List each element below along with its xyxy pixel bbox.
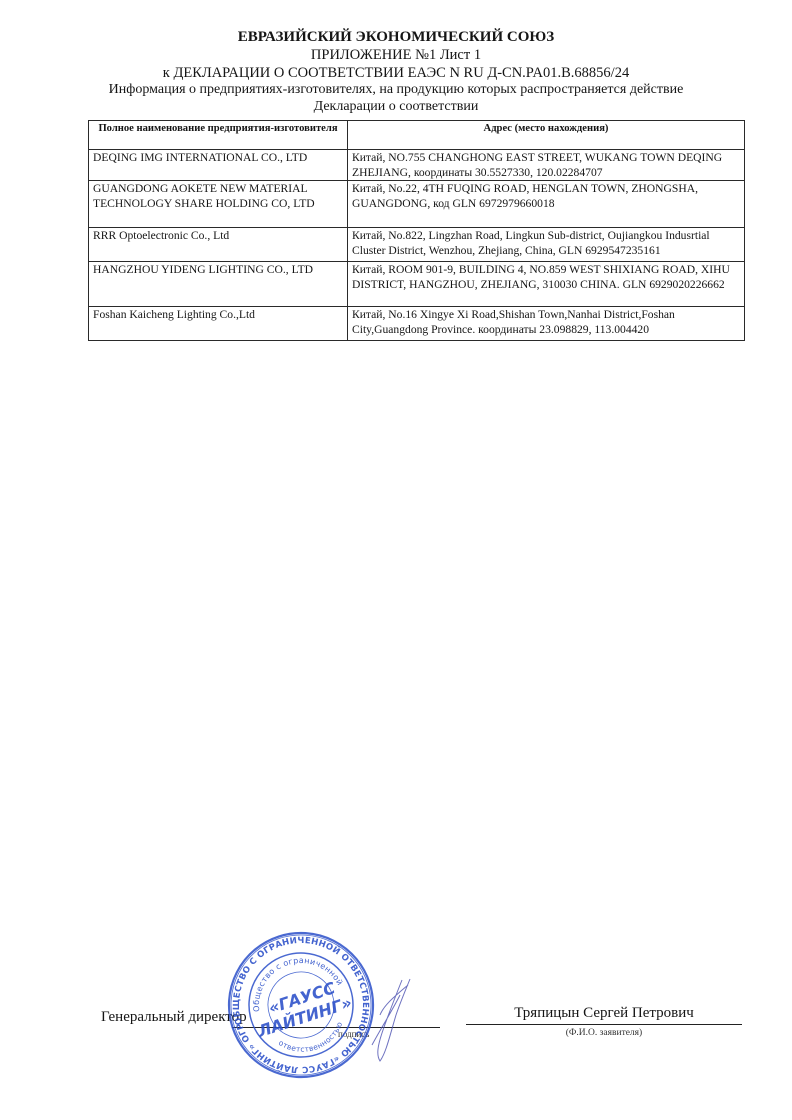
manufacturer-name: RRR Optoelectronic Co., Ltd <box>89 228 348 262</box>
table-row: HANGZHOU YIDENG LIGHTING CO., LTD Китай,… <box>89 262 745 307</box>
union-title: ЕВРАЗИЙСКИЙ ЭКОНОМИЧЕСКИЙ СОЮЗ <box>0 29 792 46</box>
handwritten-signature <box>350 975 420 1065</box>
manufacturer-name: Foshan Kaicheng Lighting Co.,Ltd <box>89 307 348 341</box>
manufacturer-name: DEQING IMG INTERNATIONAL CO., LTD <box>89 150 348 181</box>
manufacturer-address: Китай, No.22, 4TH FUQING ROAD, HENGLAN T… <box>348 181 745 228</box>
signatory-name: Тряпицын Сергей Петрович <box>466 1005 742 1022</box>
name-caption: (Ф.И.О. заявителя) <box>466 1028 742 1038</box>
column-header-name: Полное наименование предприятия-изготови… <box>89 121 348 150</box>
manufacturer-address: Китай, No.822, Lingzhan Road, Lingkun Su… <box>348 228 745 262</box>
manufacturer-address: Китай, No.16 Xingye Xi Road,Shishan Town… <box>348 307 745 341</box>
signatory-position: Генеральный директор <box>101 1009 247 1026</box>
appendix-title: ПРИЛОЖЕНИЕ №1 Лист 1 <box>0 47 792 64</box>
info-line-2: Декларации о соответствии <box>0 99 792 115</box>
manufacturer-name: GUANGDONG AOKETE NEW MATERIAL TECHNOLOGY… <box>89 181 348 228</box>
table-row: DEQING IMG INTERNATIONAL CO., LTD Китай,… <box>89 150 745 181</box>
column-header-address: Адрес (место нахождения) <box>348 121 745 150</box>
table-row: Foshan Kaicheng Lighting Co.,Ltd Китай, … <box>89 307 745 341</box>
table-row: GUANGDONG AOKETE NEW MATERIAL TECHNOLOGY… <box>89 181 745 228</box>
info-line-1: Информация о предприятиях-изготовителях,… <box>0 82 792 98</box>
manufacturer-name: HANGZHOU YIDENG LIGHTING CO., LTD <box>89 262 348 307</box>
declaration-number: к ДЕКЛАРАЦИИ О СООТВЕТСТВИИ ЕАЭС N RU Д-… <box>0 65 792 82</box>
table-row: RRR Optoelectronic Co., Ltd Китай, No.82… <box>89 228 745 262</box>
name-line <box>466 1024 742 1025</box>
table-header-row: Полное наименование предприятия-изготови… <box>89 121 745 150</box>
manufacturers-table: Полное наименование предприятия-изготови… <box>88 120 745 341</box>
manufacturer-address: Китай, NO.755 CHANGHONG EAST STREET, WUK… <box>348 150 745 181</box>
manufacturer-address: Китай, ROOM 901-9, BUILDING 4, NO.859 WE… <box>348 262 745 307</box>
